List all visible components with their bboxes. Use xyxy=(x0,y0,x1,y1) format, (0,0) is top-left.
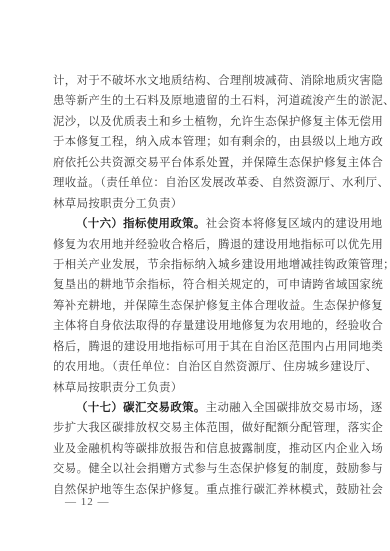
text-line: 格后，腾退的建设用地指标可用于其在自治区范围内占用同地类 xyxy=(53,336,343,356)
text-line: 林草局按职责分工负责） xyxy=(53,193,343,213)
text-line: 患等新产生的土石料及原地遗留的土石料，河道疏浚产生的淤泥、 xyxy=(53,90,343,110)
text-line: 的农用地。（责任单位：自治区自然资源厅、住房城乡建设厅、 xyxy=(53,356,343,376)
text-line: 于本修复工程，纳入成本管理；如有剩余的，由县级以上地方政 xyxy=(53,131,343,151)
page-number: — 12 — xyxy=(65,496,110,508)
section-heading-16: （十六）指标使用政策。 xyxy=(76,216,206,230)
text-span: 主动融入全国碳排放交易市场，逐 xyxy=(206,400,383,414)
text-line: 林草局按职责分工负责） xyxy=(53,377,343,397)
section-16-first-line: （十六）指标使用政策。社会资本将修复区域内的建设用地 xyxy=(53,213,343,233)
text-line: 于相关产业发展，节余指标纳入城乡建设用地增减挂钩政策管理； xyxy=(53,254,343,274)
body-text: 计，对于不破坏水文地质结构、合理削坡减荷、消除地质灾害隐 患等新产生的土石料及原… xyxy=(53,70,343,499)
text-line: 府依托公共资源交易平台体系处置，并保障生态保护修复主体合 xyxy=(53,152,343,172)
text-line: 步扩大我区碳排放权交易主体范围，做好配额分配管理，落实企 xyxy=(53,417,343,437)
text-span: 社会资本将修复区域内的建设用地 xyxy=(206,216,383,230)
section-heading-17: （十七）碳汇交易政策。 xyxy=(76,400,206,414)
section-17-first-line: （十七）碳汇交易政策。主动融入全国碳排放交易市场，逐 xyxy=(53,397,343,417)
text-line: 主体将自身依法取得的存量建设用地修复为农用地的，经验收合 xyxy=(53,315,343,335)
text-line: 复垦出的耕地节余指标，符合相关规定的，可申请跨省域国家统 xyxy=(53,274,343,294)
document-page: 计，对于不破坏水文地质结构、合理削坡减荷、消除地质灾害隐 患等新产生的土石料及原… xyxy=(0,0,390,551)
text-line: 泥沙，以及优质表土和乡土植物，允许生态保护修复主体无偿用 xyxy=(53,111,343,131)
text-line: 计，对于不破坏水文地质结构、合理削坡减荷、消除地质灾害隐 xyxy=(53,70,343,90)
text-line: 业及金融机构等碳排放报告和信息披露制度，推动区内企业入场 xyxy=(53,438,343,458)
text-line: 修复为农用地并经验收合格后，腾退的建设用地指标可以优先用 xyxy=(53,234,343,254)
text-line: 筹补充耕地，并保障生态保护修复主体合理收益。生态保护修复 xyxy=(53,295,343,315)
text-line: 交易。健全以社会捐赠方式参与生态保护修复的制度，鼓励参与 xyxy=(53,458,343,478)
text-line: 理收益。（责任单位：自治区发展改革委、自然资源厅、水利厅、 xyxy=(53,172,343,192)
